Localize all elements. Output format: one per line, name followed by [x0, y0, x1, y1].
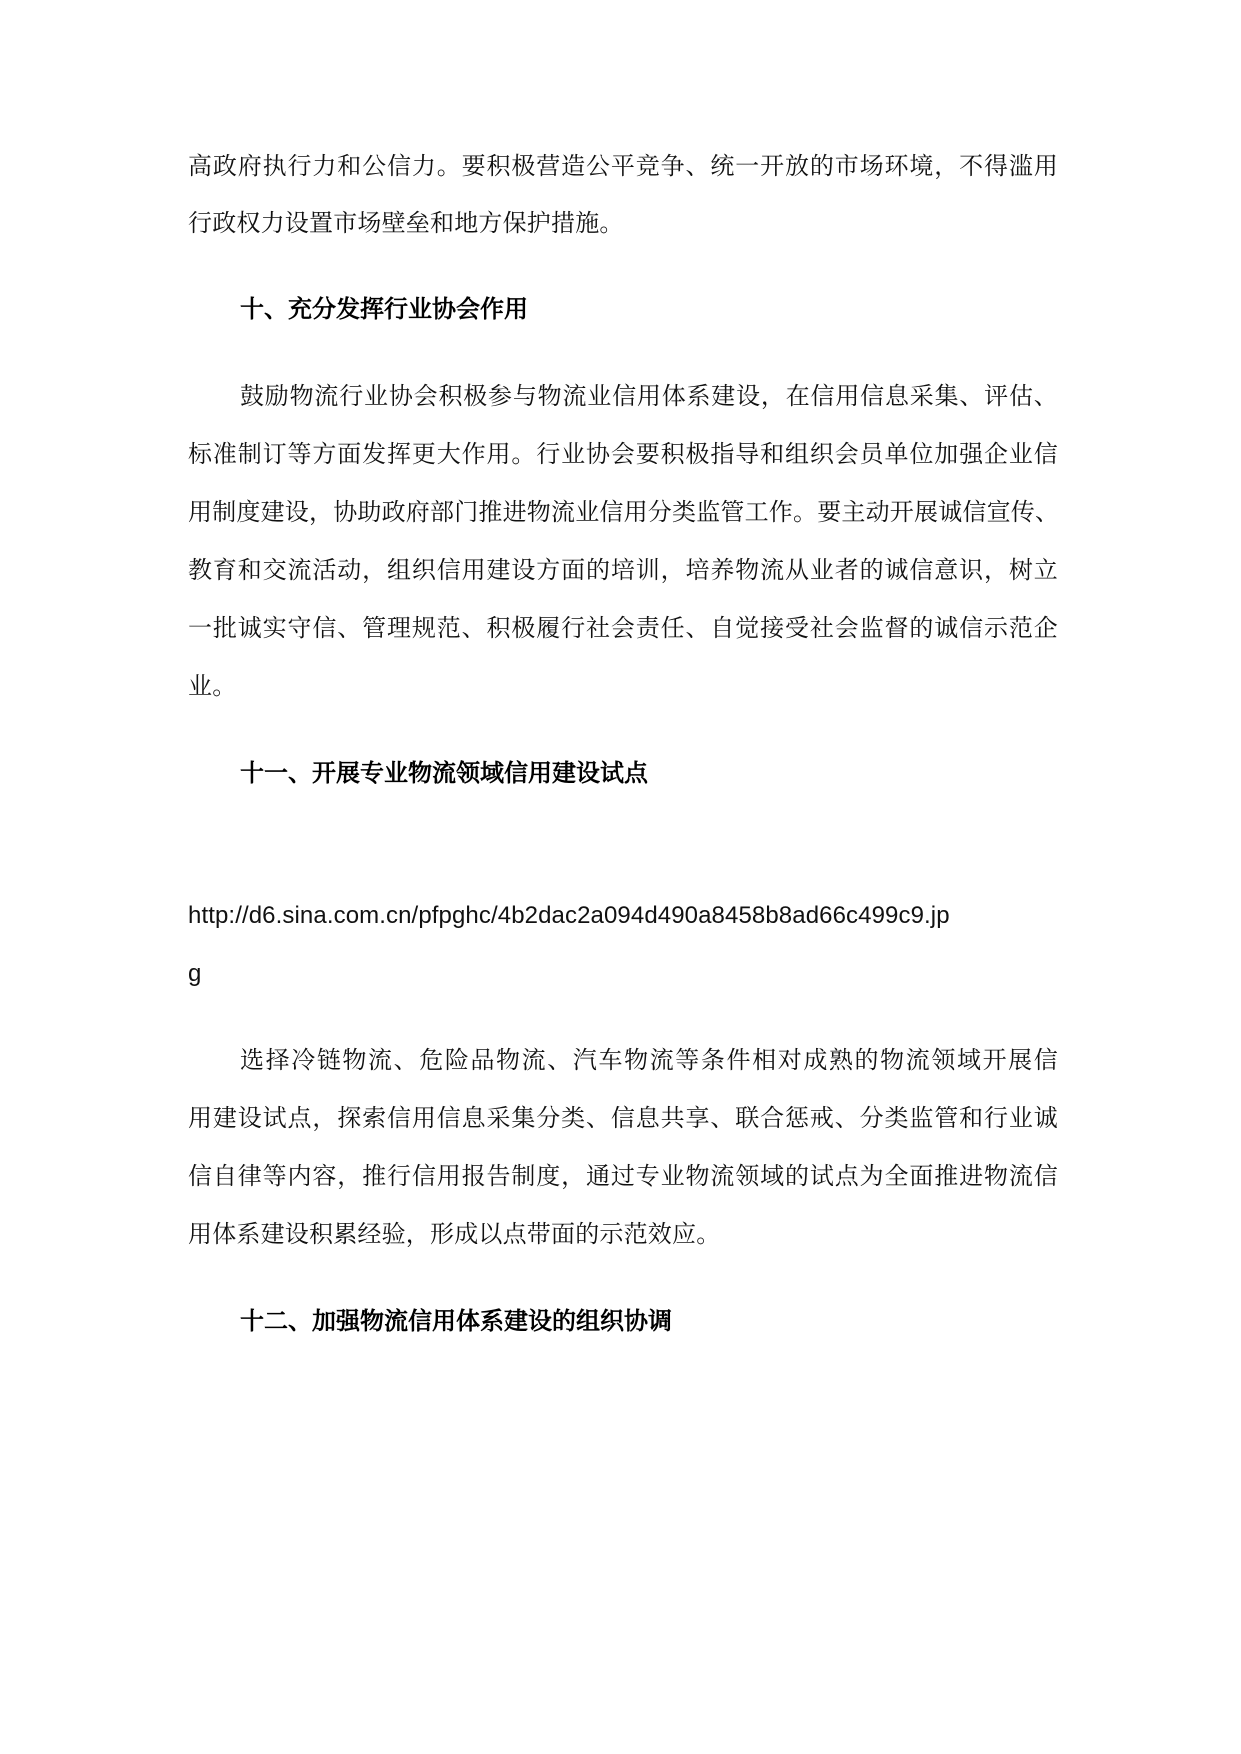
paragraph-line: 教育和交流活动，组织信用建设方面的培训，培养物流从业者的诚信意识，树立 [188, 554, 1058, 586]
section-heading-11: 十一、开展专业物流领域信用建设试点 [240, 757, 648, 789]
paragraph-line: 标准制订等方面发挥更大作用。行业协会要积极指导和组织会员单位加强企业信 [188, 438, 1058, 470]
paragraph-line: 信自律等内容，推行信用报告制度，通过专业物流领域的试点为全面推进物流信 [188, 1160, 1058, 1192]
document-page: 高政府执行力和公信力。要积极营造公平竞争、统一开放的市场环境，不得滥用 行政权力… [0, 0, 1241, 1754]
paragraph-line: 业。 [188, 670, 1058, 702]
paragraph-line: 用制度建设，协助政府部门推进物流业信用分类监管工作。要主动开展诚信宣传、 [188, 496, 1058, 528]
paragraph-line: 用体系建设积累经验，形成以点带面的示范效应。 [188, 1218, 1058, 1250]
section-heading-12: 十二、加强物流信用体系建设的组织协调 [240, 1305, 672, 1337]
paragraph-line: 选择冷链物流、危险品物流、汽车物流等条件相对成熟的物流领域开展信 [240, 1044, 1058, 1076]
section-heading-10: 十、充分发挥行业协会作用 [240, 293, 528, 325]
paragraph-line: 一批诚实守信、管理规范、积极履行社会责任、自觉接受社会监督的诚信示范企 [188, 612, 1058, 644]
image-url-line: http://d6.sina.com.cn/pfpghc/4b2dac2a094… [188, 900, 1058, 932]
paragraph-line: 行政权力设置市场壁垒和地方保护措施。 [188, 207, 1058, 239]
paragraph-line: 用建设试点，探索信用信息采集分类、信息共享、联合惩戒、分类监管和行业诚 [188, 1102, 1058, 1134]
paragraph-line: 高政府执行力和公信力。要积极营造公平竞争、统一开放的市场环境，不得滥用 [188, 150, 1058, 182]
paragraph-line: 鼓励物流行业协会积极参与物流业信用体系建设，在信用信息采集、评估、 [240, 380, 1058, 412]
image-url-line: g [188, 958, 1058, 990]
